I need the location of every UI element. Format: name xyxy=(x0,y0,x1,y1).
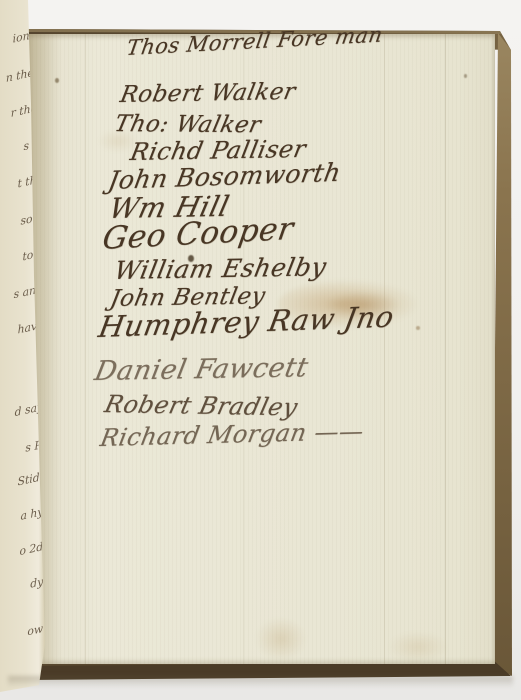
signature: Daniel Fawcett xyxy=(92,352,311,387)
handwriting-fragment: dy xyxy=(30,575,43,591)
signature: Tho: Walker xyxy=(112,111,264,138)
signature: Richard Morgan —— xyxy=(98,417,366,452)
signature: William Eshelby xyxy=(112,252,329,285)
signature-page: Thos Morrell Fore man Robert Walker Tho:… xyxy=(28,34,495,664)
handwriting-fragment: Stid. xyxy=(17,470,43,489)
paper-chain-line xyxy=(445,34,446,664)
handwriting-fragment: ow xyxy=(27,622,43,639)
ink-speck xyxy=(55,78,59,83)
signature: Thos Morrell Fore man xyxy=(125,22,385,60)
ink-speck xyxy=(464,74,467,78)
handwriting-fragment: a hy xyxy=(20,505,43,523)
signature: Robert Bradley xyxy=(102,390,300,421)
paper-stain xyxy=(388,632,448,662)
handwriting-fragment: o 2d xyxy=(19,540,43,558)
paper-stain xyxy=(256,618,306,660)
book-shadow xyxy=(8,676,513,688)
paper-chain-line xyxy=(85,34,86,664)
signature: Robert Walker xyxy=(118,79,298,108)
manuscript-photo: Thos Morrell Fore man Robert Walker Tho:… xyxy=(0,0,521,700)
ink-speck xyxy=(416,326,420,330)
book-fore-edge xyxy=(492,33,512,676)
paper-chain-line xyxy=(384,34,385,664)
